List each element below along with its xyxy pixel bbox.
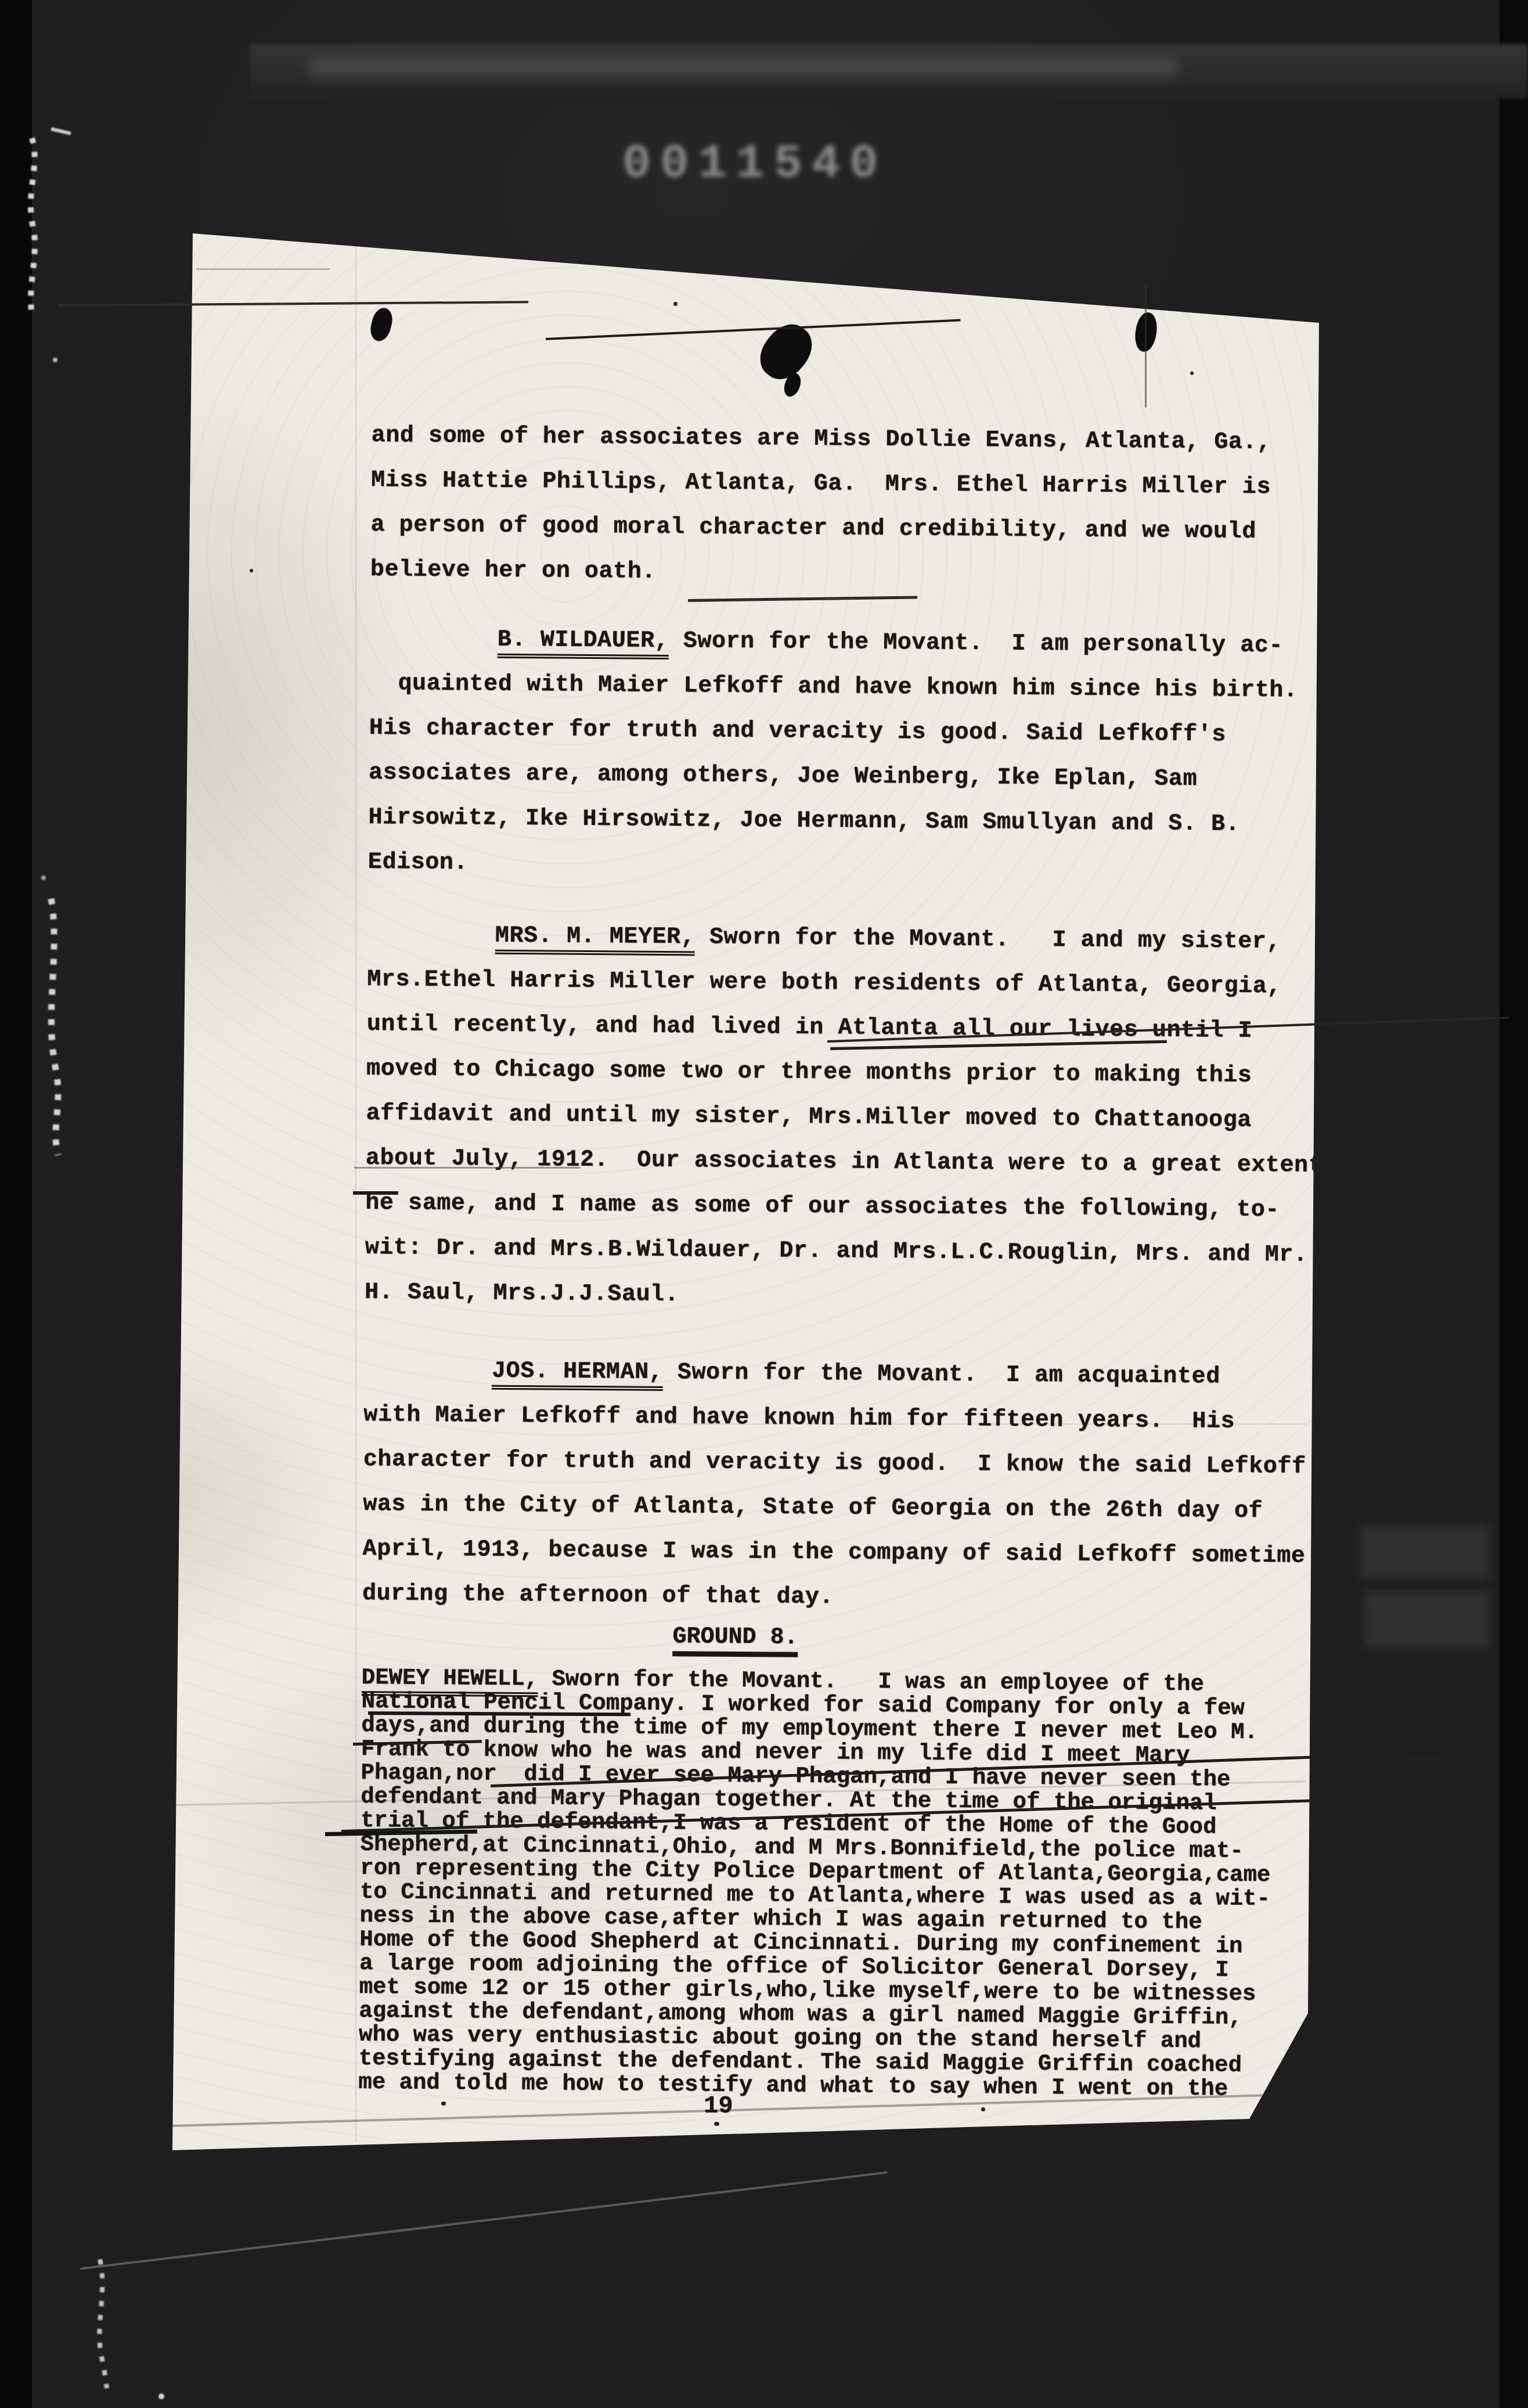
film-smudge <box>1361 1526 1489 1579</box>
text-line: H. Saul, Mrs.J.J.Saul. <box>365 1270 1317 1322</box>
paragraph-lines: quainted with Maier Lefkoff and have kno… <box>368 661 1322 892</box>
text-line: a person of good moral character and cre… <box>370 503 1323 555</box>
scratch-artifact <box>353 1191 398 1195</box>
paragraph-lines: with Maier Lefkoff and have known him fo… <box>362 1393 1316 1624</box>
section-heading-ground-8: GROUND 8. <box>362 1617 1314 1662</box>
text-line: character for truth and veracity is good… <box>363 1437 1316 1490</box>
paper-speck <box>714 2122 719 2126</box>
paper-speck <box>673 302 677 306</box>
first-line: B. WILDAUER, Sworn for the Movant. I am … <box>370 617 1322 669</box>
text-line: Edison. <box>368 840 1321 892</box>
paragraph-lines: and some of her associates are Miss Doll… <box>370 413 1324 600</box>
microfilm-scan-page: { "film": { "frame_stamp": "0011540", "c… <box>0 0 1528 2408</box>
fold-line-vertical <box>355 238 356 2142</box>
frame-number-stamp: 0011540 <box>622 137 887 191</box>
page-number: 19 <box>704 2094 733 2118</box>
text-line: quainted with Maier Lefkoff and have kno… <box>369 661 1322 713</box>
document-text: and some of her associates are Miss Doll… <box>358 413 1324 2102</box>
paragraph-lines: National Pencil Company. I worked for sa… <box>358 1690 1313 2102</box>
paper-speck <box>441 2101 446 2106</box>
text-line: believe her on oath. <box>370 547 1323 600</box>
witness-heading-herman: JOS. HERMAN, <box>492 1358 664 1391</box>
fold-line-top <box>196 268 330 270</box>
fold-line-faint <box>668 1423 1306 1425</box>
film-right-edge <box>1500 0 1528 2408</box>
first-line: MRS. M. MEYER, Sworn for the Movant. I a… <box>367 913 1320 965</box>
first-line-rest: Sworn for the Movant. I am acquainted <box>663 1360 1220 1390</box>
witness-heading-wildauer: B. WILDAUER, <box>498 627 669 659</box>
first-line: JOS. HERMAN, Sworn for the Movant. I am … <box>364 1348 1317 1400</box>
scratch-artifact <box>354 1167 581 1169</box>
text-line: with Maier Lefkoff and have known him fo… <box>363 1393 1316 1445</box>
paper-speck <box>250 569 253 572</box>
paper-speck <box>1190 372 1194 375</box>
film-smudge <box>1364 1592 1489 1647</box>
text-line: His character for truth and veracity is … <box>369 706 1321 758</box>
ground-8-heading: GROUND 8. <box>672 1624 798 1657</box>
paragraph-lines: Mrs.Ethel Harris Miller were both reside… <box>365 957 1320 1322</box>
film-top-streak <box>308 58 1179 78</box>
text-line: was in the City of Atlanta, State of Geo… <box>363 1482 1316 1534</box>
text-line: moved to Chicago some two or three month… <box>366 1047 1319 1099</box>
paper-speck <box>1208 2081 1212 2085</box>
paragraph-associates: and some of her associates are Miss Doll… <box>370 413 1324 600</box>
paragraph-herman: JOS. HERMAN, Sworn for the Movant. I am … <box>362 1348 1317 1624</box>
paragraph-wildauer: B. WILDAUER, Sworn for the Movant. I am … <box>368 617 1322 892</box>
text-line: Miss Hattie Phillips, Atlanta, Ga. Mrs. … <box>371 458 1324 510</box>
text-line: about July, 1912. Our associates in Atla… <box>366 1136 1318 1188</box>
first-line-rest: Sworn for the Movant. I am personally ac… <box>669 628 1283 659</box>
text-line: wit: Dr. and Mrs.B.Wildauer, Dr. and Mrs… <box>365 1225 1317 1278</box>
text-line: April, 1913, because I was in the compan… <box>362 1527 1315 1579</box>
paragraph-hewell: DEWEY HEWELL, Sworn for the Movant. I wa… <box>358 1666 1314 2102</box>
paragraph-meyer: MRS. M. MEYER, Sworn for the Movant. I a… <box>365 913 1320 1322</box>
film-top-band <box>250 44 1528 99</box>
text-line: and some of her associates are Miss Doll… <box>371 413 1324 466</box>
text-line: during the afternoon of that day. <box>362 1571 1315 1624</box>
first-line-rest: Sworn for the Movant. I and my sister, <box>695 924 1281 955</box>
text-line: Mrs.Ethel Harris Miller were both reside… <box>367 957 1320 1010</box>
ink-blob-tail <box>1145 284 1147 408</box>
witness-heading-meyer: MRS. M. MEYER, <box>495 923 695 956</box>
text-line: he same, and I name as some of our assoc… <box>365 1181 1318 1233</box>
text-line: associates are, among others, Joe Weinbe… <box>369 751 1321 803</box>
text-line: affidavit and until my sister, Mrs.Mille… <box>366 1091 1318 1144</box>
paper-speck <box>981 2107 985 2111</box>
text-line: Hirsowitz, Ike Hirsowitz, Joe Hermann, S… <box>368 795 1321 848</box>
